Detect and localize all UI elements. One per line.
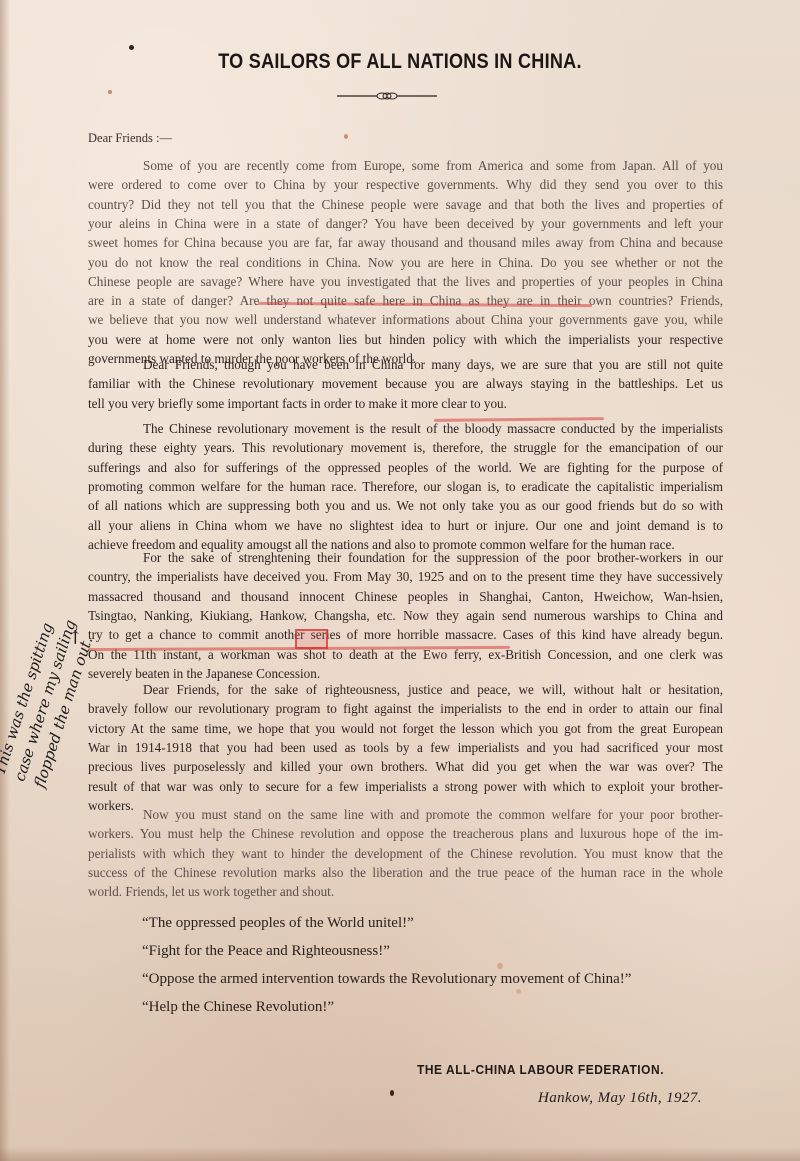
ornament-divider-icon: [337, 90, 437, 102]
signature: THE ALL-CHINA LABOUR FEDERATION.: [417, 1062, 664, 1077]
paragraph-line: War in 1914-1918 that you had been used …: [88, 740, 723, 756]
slogan: “Fight for the Peace and Righteousness!”: [142, 943, 390, 960]
stain-spot: [516, 989, 521, 994]
paragraph-line: Dear Friends, for the sake of righteousn…: [143, 682, 723, 698]
paragraph-line: try to get a chance to commit another se…: [88, 627, 723, 643]
paragraph-line: bravely follow our revolutionary program…: [88, 701, 723, 717]
paragraph-line: severely beaten in the Japanese Concessi…: [88, 666, 723, 682]
paragraph-line: The Chinese revolutionary movement is th…: [143, 421, 723, 437]
paragraph-line: Chinese people are savage? Where have yo…: [88, 274, 723, 290]
ink-spot: [390, 1090, 394, 1096]
paragraph-line: Now you must stand on the same line with…: [143, 807, 723, 823]
paragraph-line: Dear Friends, though you have been in Ch…: [143, 357, 723, 373]
paragraph-line: were ordered to come over to China by yo…: [88, 177, 723, 193]
paragraph-line: sufferings and also for sufferings of th…: [88, 460, 723, 476]
stain-spot: [108, 90, 112, 94]
paragraph-line: are in a state of danger? Are they not q…: [88, 293, 723, 309]
paragraph-line: victory At the same time, we hope that y…: [88, 721, 723, 737]
paragraph-line: of all nations which are suppressing bot…: [88, 498, 723, 514]
paragraph-line: Tsingtao, Nanking, Kiukiang, Hankow, Cha…: [88, 608, 723, 624]
dateline: Hankow, May 16th, 1927.: [538, 1090, 702, 1107]
paragraph-line: world. Friends, let us work together and…: [88, 884, 723, 900]
document-title: TO SAILORS OF ALL NATIONS IN CHINA.: [56, 50, 744, 74]
salutation: Dear Friends :—: [88, 131, 172, 146]
paragraph-line: workers. You must help the Chinese revol…: [88, 826, 723, 842]
paragraph-line: For the sake of strenghtening their foun…: [143, 550, 723, 566]
slogan: “Oppose the armed intervention towards t…: [142, 971, 631, 988]
paragraph-line: you do not know the real conditions in C…: [88, 255, 723, 271]
paragraph-line: tell you very briefly some important fac…: [88, 396, 723, 412]
paragraph-line: precious lives purposelessly and killed …: [88, 759, 723, 775]
paragraph-line: your aleins in China were in a state of …: [88, 216, 723, 232]
paragraph-line: all your aliens in China whom we have no…: [88, 518, 723, 534]
stain-spot: [344, 134, 348, 139]
paragraph-line: you were at home were not only wanton li…: [88, 332, 723, 348]
paragraph-line: success of the Chinese revolution marks …: [88, 865, 723, 881]
paragraph-line: sweet homes for China because you are fa…: [88, 235, 723, 251]
paragraph-line: familiar with the Chinese revolutionary …: [88, 376, 723, 392]
red-box-shot: [295, 629, 328, 649]
paragraph-line: we believe that you now well understand …: [88, 312, 723, 328]
paragraph-line: massacred thousand and thousand innocent…: [88, 589, 723, 605]
paragraph-line: country? Did they not tell you that the …: [88, 197, 723, 213]
stain-spot: [497, 963, 503, 969]
slogan: “The oppressed peoples of the World unit…: [142, 915, 414, 932]
paragraph-line: during these eighty years. This revoluti…: [88, 440, 723, 456]
paragraph-line: country, the imperialists have deceived …: [88, 569, 723, 585]
paragraph-line: Some of you are recently come from Europ…: [143, 158, 723, 174]
paper-edge-shadow: [0, 0, 10, 1161]
paragraph-line: perialists with which they want to hinde…: [88, 846, 723, 862]
paragraph-line: result of that war was only to secure fo…: [88, 779, 723, 795]
slogan: “Help the Chinese Revolution!”: [142, 999, 334, 1016]
paper-edge-shadow-bottom: [0, 1147, 800, 1161]
document-page: TO SAILORS OF ALL NATIONS IN CHINA. Dear…: [0, 0, 800, 1161]
paragraph-line: promoting common welfare for the human r…: [88, 479, 723, 495]
